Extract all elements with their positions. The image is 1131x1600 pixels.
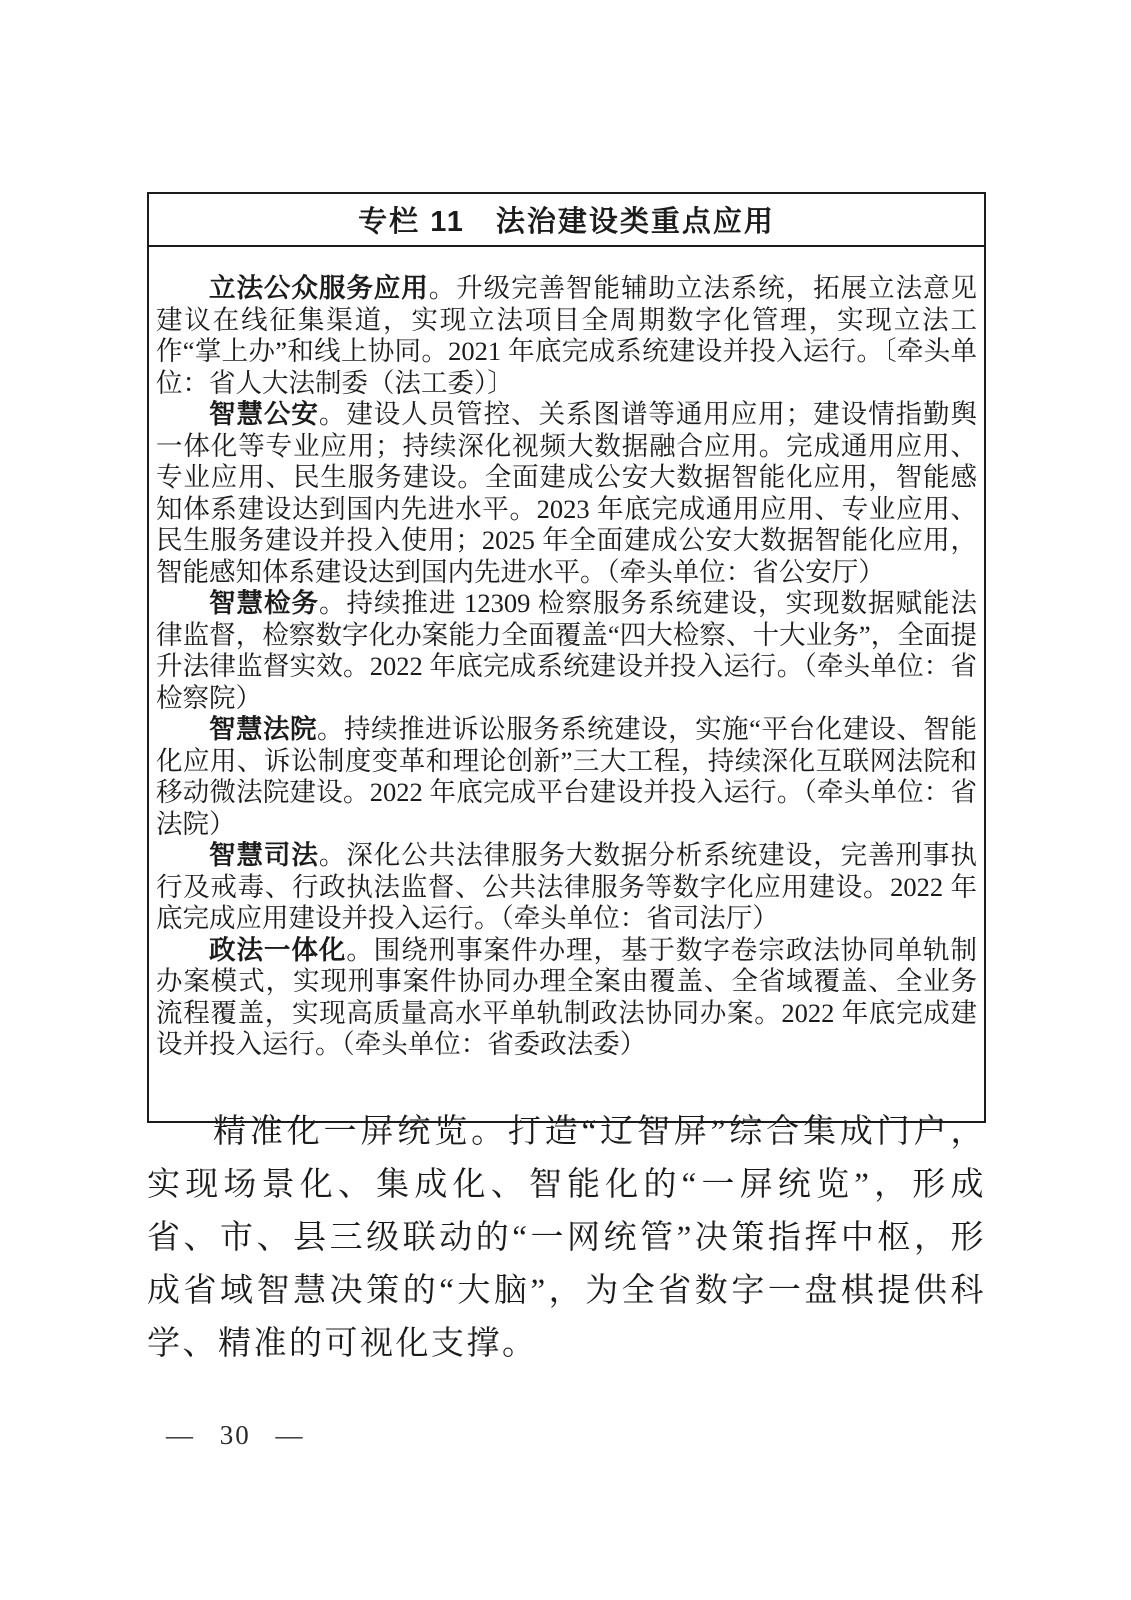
panel-paragraph: 智慧司法。深化公共法律服务大数据分析系统建设，完善刑事执行及戒毒、行政执法监督、… — [156, 840, 977, 935]
page-number: — 30 — — [166, 1420, 305, 1451]
panel-paragraph: 智慧检务。持续推进 12309 检察服务系统建设，实现数据赋能法律监督，检察数字… — [156, 588, 977, 714]
column-panel: 专栏 11 法治建设类重点应用 立法公众服务应用。升级完善智能辅助立法系统，拓展… — [147, 192, 986, 1123]
panel-paragraph: 政法一体化。围绕刑事案件办理，基于数字卷宗政法协同单轨制办案模式，实现刑事案件协… — [156, 935, 977, 1061]
paragraph-lead: 智慧法院 — [209, 714, 317, 744]
panel-paragraph: 智慧公安。建设人员管控、关系图谱等通用应用；建设情指勤舆一体化等专业应用；持续深… — [156, 399, 977, 588]
document-page: 专栏 11 法治建设类重点应用 立法公众服务应用。升级完善智能辅助立法系统，拓展… — [0, 0, 1131, 1600]
paragraph-lead: 智慧司法 — [209, 840, 319, 870]
paragraph-lead: 立法公众服务应用 — [209, 273, 429, 303]
paragraph-lead: 智慧公安 — [209, 399, 319, 429]
panel-paragraph: 智慧法院。持续推进诉讼服务系统建设，实施“平台化建设、智能化应用、诉讼制度变革和… — [156, 714, 977, 840]
paragraph-lead: 智慧检务 — [209, 588, 319, 618]
paragraph-lead: 政法一体化 — [209, 935, 346, 965]
panel-title: 专栏 11 法治建设类重点应用 — [149, 194, 984, 247]
main-paragraph: 精准化一屏统览。打造“辽智屏”综合集成门户，实现场景化、集成化、智能化的“一屏统… — [147, 1106, 986, 1371]
panel-paragraph: 立法公众服务应用。升级完善智能辅助立法系统，拓展立法意见建议在线征集渠道，实现立… — [156, 273, 977, 399]
panel-body: 立法公众服务应用。升级完善智能辅助立法系统，拓展立法意见建议在线征集渠道，实现立… — [149, 247, 984, 1061]
